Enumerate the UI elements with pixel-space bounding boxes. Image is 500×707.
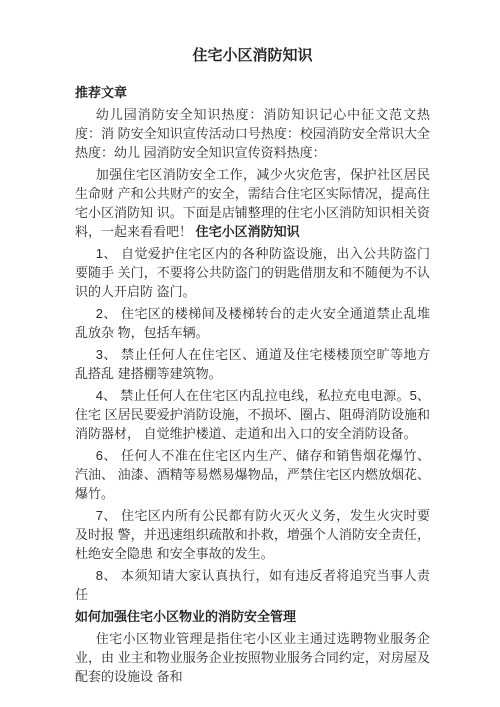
subheading-recommended-articles: 推荐文章 <box>75 83 430 102</box>
list-item-1: 1、 自觉爱护住宅区内的各种防盗设施，出入公共防盗门要随手 关门，不要将公共防盗… <box>75 244 430 301</box>
list-item-8: 8、 本须知请大家认真执行，如有违反者将追究当事人责任 <box>75 566 430 604</box>
inline-bold-doc-title: 住宅小区消防知识 <box>196 224 300 239</box>
paragraph-topic-heat-list: 幼儿园消防安全知识热度：消防知识记心中征文范文热度：消 防安全知识宣传活动口号热… <box>75 105 430 162</box>
list-item-7: 7、 住宅区内所有公民都有防火灭火义务，发生火灾时要及时报 警，并迅速组织疏散和… <box>75 506 430 563</box>
paragraph-intro: 加强住宅区消防安全工作，减少火灾危害，保护社区居民生命财 产和公共财产的安全，需… <box>75 165 430 241</box>
list-item-6: 6、 任何人不准在住宅区内生产、储存和销售烟花爆竹、汽油、 油漆、酒精等易燃易爆… <box>75 446 430 503</box>
list-item-4-5: 4、 禁止任何人在住宅区内乱拉电线，私拉充电电源。5、住宅 区居民要爱护消防设施… <box>75 386 430 443</box>
list-item-3: 3、 禁止任何人在住宅区、通道及住宅楼楼顶空旷等地方乱搭乱 建搭棚等建筑物。 <box>75 345 430 383</box>
list-item-2: 2、 住宅区的楼梯间及楼梯转台的走火安全通道禁止乱堆乱放杂 物，包括车辆。 <box>75 304 430 342</box>
paragraph-property-management: 住宅小区物业管理是指住宅小区业主通过选聘物业服务企业，由 业主和物业服务企业按照… <box>75 629 430 686</box>
document-page: 住宅小区消防知识 推荐文章 幼儿园消防安全知识热度：消防知识记心中征文范文热度：… <box>0 0 500 707</box>
page-title: 住宅小区消防知识 <box>75 46 430 66</box>
section-heading-property-management: 如何加强住宅小区物业的消防安全管理 <box>75 607 430 626</box>
